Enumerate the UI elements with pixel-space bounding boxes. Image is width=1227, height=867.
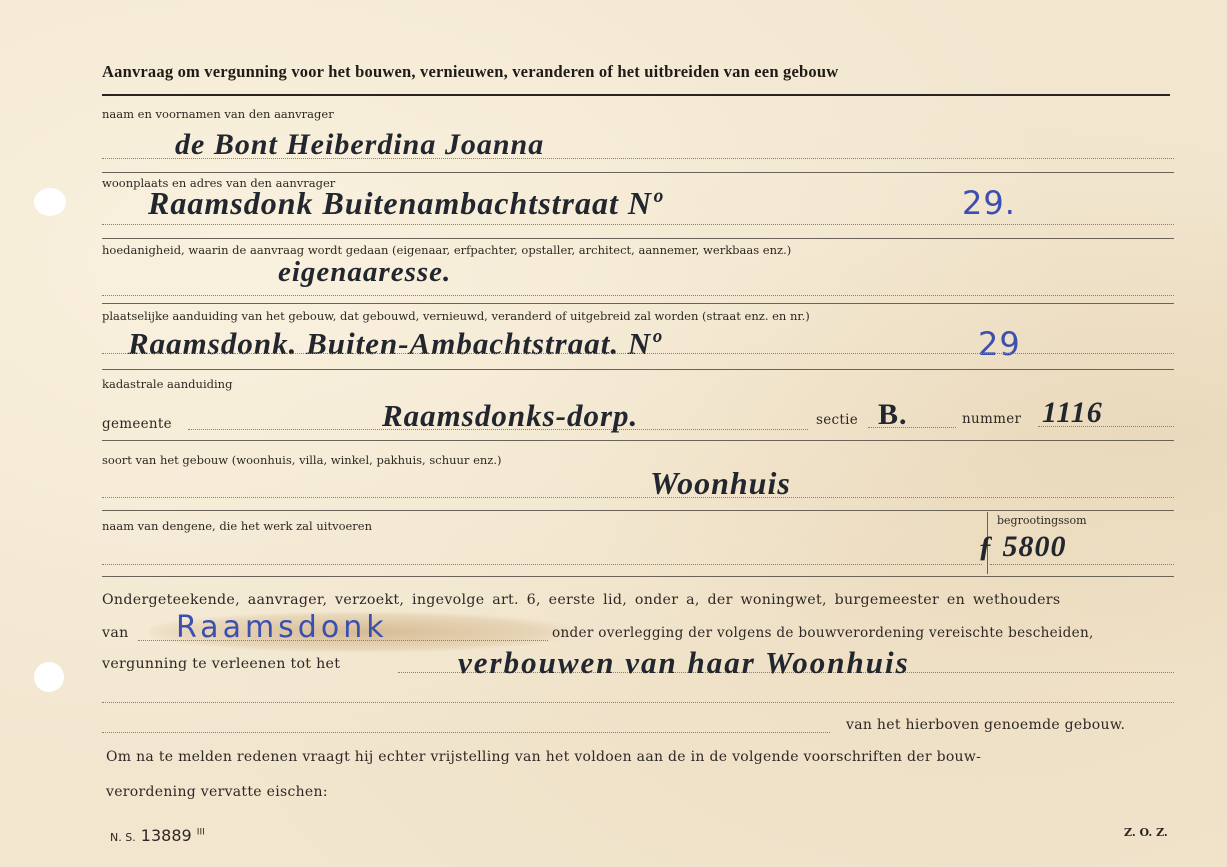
address-dotted-line: [102, 224, 1174, 225]
exemption-line-1: Om na te melden redenen vraagt hij echte…: [106, 749, 981, 765]
request-line-3-prefix: vergunning te verleenen tot het: [102, 656, 340, 672]
municipality-label: gemeente: [102, 416, 172, 432]
divider: [102, 172, 1174, 173]
request-van-label: van: [102, 625, 129, 641]
request-line-1: Ondergeteekende, aanvrager, verzoekt, in…: [102, 592, 1060, 608]
exemption-line-2: verordening vervatte eischen:: [106, 784, 328, 800]
divider: [102, 510, 1174, 511]
location-dotted-line: [102, 353, 1174, 354]
number-value[interactable]: 1116: [1042, 396, 1103, 430]
section-label: sectie: [816, 412, 858, 428]
contractor-label: naam van dengene, die het werk zal uitvo…: [102, 519, 372, 533]
title-rule: [102, 94, 1170, 96]
number-label: nummer: [962, 411, 1021, 427]
budget-value[interactable]: ƒ 5800: [978, 530, 1067, 564]
location-value[interactable]: Raamsdonk. Buiten-Ambachtstraat. Nº: [128, 326, 662, 362]
location-number[interactable]: 29: [978, 325, 1021, 363]
punch-hole-top: [34, 188, 66, 216]
punch-hole-bottom: [34, 662, 64, 692]
address-number[interactable]: 29.: [962, 184, 1016, 222]
section-value[interactable]: B.: [878, 398, 908, 432]
address-value[interactable]: Raamsdonk Buitenambachtstraat Nº: [148, 185, 663, 222]
form-suffix: III: [197, 828, 205, 838]
purpose-continuation-dotted-line: [102, 702, 1174, 703]
form-title: Aanvraag om vergunning voor het bouwen, …: [102, 62, 838, 82]
name-dotted-line: [102, 158, 1174, 159]
capacity-dotted-line: [102, 295, 1174, 296]
divider: [102, 576, 1174, 577]
request-line-2-suffix: onder overlegging der volgens de bouwver…: [552, 625, 1094, 641]
request-line-4-suffix: van het hierboven genoemde gebouw.: [846, 717, 1125, 733]
divider: [102, 440, 1174, 441]
form-prefix: N. S.: [110, 831, 136, 844]
purpose-continuation-dotted-line-2: [102, 732, 830, 733]
request-municipality-value[interactable]: Raamsdonk: [176, 610, 388, 645]
budget-label: begrootingssom: [997, 514, 1087, 527]
contractor-dotted-line[interactable]: [102, 564, 982, 565]
name-value[interactable]: de Bont Heiberdina Joanna: [175, 128, 544, 162]
form-number: N. S. 13889 III: [110, 826, 205, 845]
location-label: plaatselijke aanduiding van het gebouw, …: [102, 309, 810, 323]
divider: [102, 238, 1174, 239]
form-number-value: 13889: [141, 826, 192, 845]
purpose-value[interactable]: verbouwen van haar Woonhuis: [458, 645, 910, 681]
capacity-value[interactable]: eigenaaresse.: [278, 256, 451, 289]
divider: [102, 369, 1174, 370]
building-type-label: soort van het gebouw (woonhuis, villa, w…: [102, 453, 501, 467]
budget-dotted-line: [990, 564, 1174, 565]
name-label: naam en voornamen van den aanvrager: [102, 107, 334, 121]
cadastral-label: kadastrale aanduiding: [102, 377, 232, 391]
continue-overleaf: Z. O. Z.: [1124, 826, 1168, 839]
building-type-dotted-line: [102, 497, 1174, 498]
capacity-label: hoedanigheid, waarin de aanvraag wordt g…: [102, 243, 791, 257]
municipality-value[interactable]: Raamsdonks-dorp.: [382, 398, 638, 434]
divider: [102, 303, 1174, 304]
